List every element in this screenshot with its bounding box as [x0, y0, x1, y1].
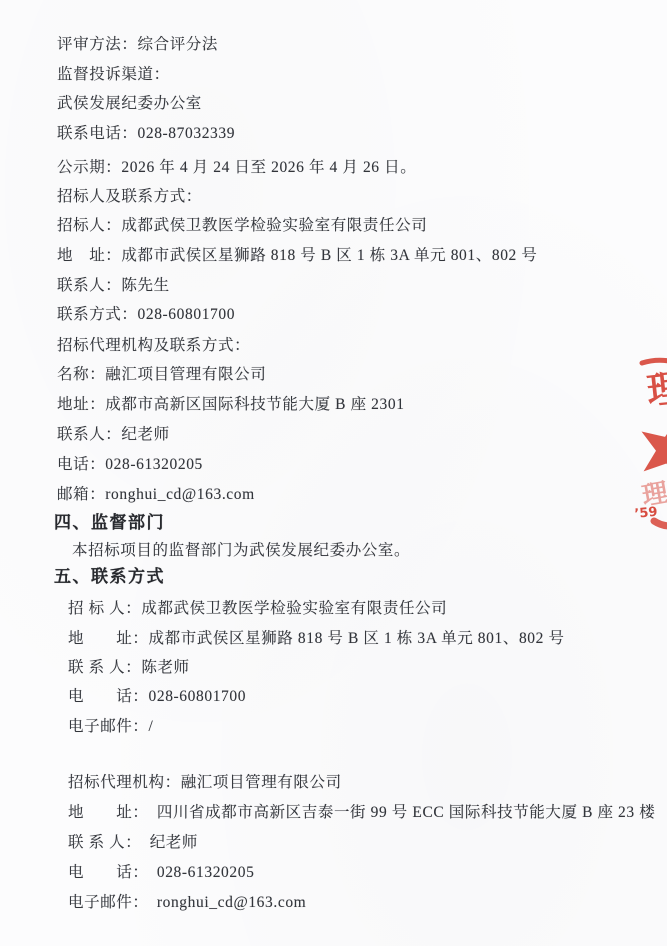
s5-agency-contact-line: 联 系 人： 纪老师	[68, 833, 198, 852]
official-seal-graphic: 理 理 ’59	[630, 350, 667, 536]
supervision-office-line: 武侯发展纪委办公室	[57, 94, 202, 113]
contact-phone-line: 联系电话：028-87032339	[57, 124, 235, 143]
agency-name-line: 名称：融汇项目管理有限公司	[57, 365, 266, 384]
official-seal: 理 理 ’59	[630, 350, 667, 536]
s5-tenderer-contact-line: 联 系 人：陈老师	[68, 658, 190, 677]
agency-contact-line: 联系人：纪老师	[57, 425, 170, 444]
tenderer-block-heading: 招标人及联系方式：	[57, 187, 202, 206]
seal-lower-character-fragment: 理	[640, 478, 667, 511]
s5-tenderer-email-line: 电子邮件：/	[68, 717, 153, 736]
seal-character-fragment: 理	[645, 367, 667, 413]
seal-star-icon	[642, 417, 667, 482]
seal-bottom-arc	[654, 521, 667, 526]
s5-tenderer-phone-line: 电 话：028-60801700	[68, 687, 246, 706]
section5-heading: 五、联系方式	[54, 566, 165, 587]
review-method-line: 评审方法：综合评分法	[57, 35, 218, 54]
s5-tenderer-address-line: 地 址：成都市武侯区星狮路 818 号 B 区 1 栋 3A 单元 801、80…	[68, 629, 565, 648]
agency-email-line: 邮箱：ronghui_cd@163.com	[57, 485, 255, 504]
seal-top-arc	[642, 360, 667, 363]
complaint-channel-line: 监督投诉渠道：	[57, 65, 170, 84]
scanned-document-page: 评审方法：综合评分法 监督投诉渠道： 武侯发展纪委办公室 联系电话：028-87…	[0, 0, 667, 946]
section4-body: 本招标项目的监督部门为武侯发展纪委办公室。	[72, 541, 410, 560]
agency-phone-line: 电话：028-61320205	[57, 455, 203, 474]
publicity-period-line: 公示期：2026 年 4 月 24 日至 2026 年 4 月 26 日。	[57, 158, 416, 177]
agency-block-heading: 招标代理机构及联系方式：	[57, 336, 250, 355]
seal-digits: ’59	[634, 505, 658, 522]
agency-address-line: 地址：成都市高新区国际科技节能大厦 B 座 2301	[57, 395, 405, 414]
section4-heading: 四、监督部门	[54, 512, 165, 533]
s5-agency-email-line: 电子邮件： ronghui_cd@163.com	[68, 893, 306, 912]
s5-tenderer-name-line: 招 标 人：成都武侯卫教医学检验实验室有限责任公司	[68, 599, 447, 618]
tenderer-phone-line: 联系方式：028-60801700	[57, 305, 235, 324]
tenderer-address-line: 地 址：成都市武侯区星狮路 818 号 B 区 1 栋 3A 单元 801、80…	[57, 246, 537, 265]
tenderer-name-line: 招标人：成都武侯卫教医学检验实验室有限责任公司	[57, 216, 427, 235]
s5-agency-name-line: 招标代理机构：融汇项目管理有限公司	[68, 773, 342, 792]
s5-agency-phone-line: 电 话： 028-61320205	[68, 863, 254, 882]
s5-agency-address-line: 地 址： 四川省成都市高新区吉泰一街 99 号 ECC 国际科技节能大厦 B 座…	[68, 803, 655, 822]
tenderer-contact-line: 联系人：陈先生	[57, 276, 170, 295]
